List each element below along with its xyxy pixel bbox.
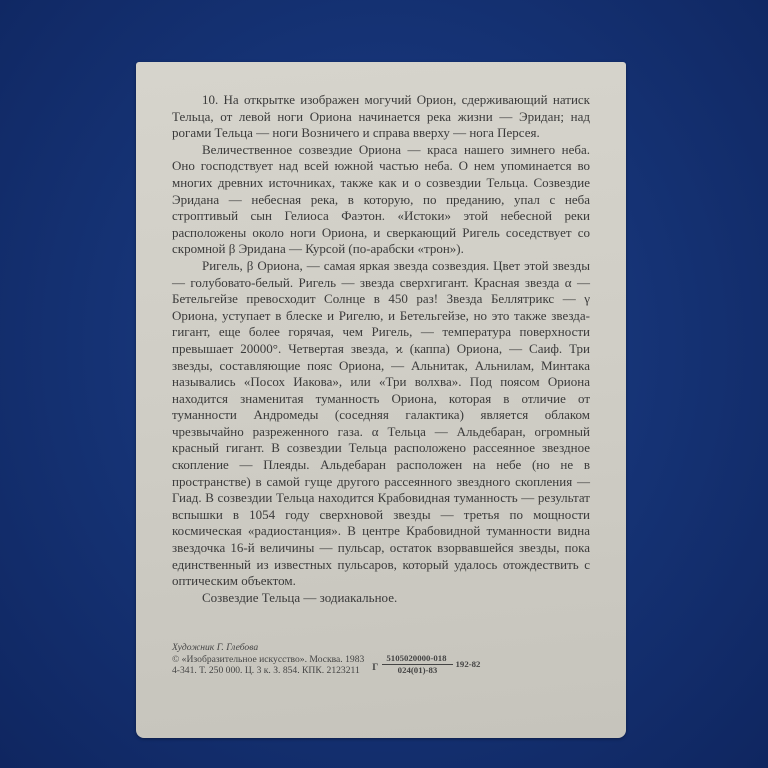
publisher-line: © «Изобразительное искусство». Москва. 1… [172, 654, 364, 665]
paragraph-intro: 10. На открытке изображен могучий Орион,… [172, 92, 590, 142]
catalog-fraction: 5105020000-018 024(01)-83 [382, 653, 452, 676]
print-line: 4-341. Т. 250 000. Ц. 3 к. З. 854. КПК. … [172, 665, 364, 676]
description-text: 10. На открытке изображен могучий Орион,… [172, 92, 590, 606]
paragraph-orion: Величественное созвездие Ориона — краса … [172, 142, 590, 258]
paragraph-taurus: Созвездие Тельца — зодиакальное. [172, 590, 590, 607]
publisher-row: © «Изобразительное искусство». Москва. 1… [172, 653, 602, 676]
index-code: 192-82 [456, 659, 481, 670]
imprint-block: Художник Г. Глебова © «Изобразительное и… [172, 642, 602, 676]
artist-name: Г. Глебова [217, 642, 258, 653]
paragraph-stars: Ригель, β Ориона, — самая яркая звезда с… [172, 258, 590, 590]
g-symbol: Г [372, 662, 378, 673]
artist-label: Художник [172, 642, 214, 653]
postcard: 10. На открытке изображен могучий Орион,… [136, 62, 626, 738]
artist-line: Художник Г. Глебова [172, 642, 602, 653]
fraction-numerator: 5105020000-018 [382, 653, 452, 665]
fraction-denominator: 024(01)-83 [394, 665, 442, 676]
